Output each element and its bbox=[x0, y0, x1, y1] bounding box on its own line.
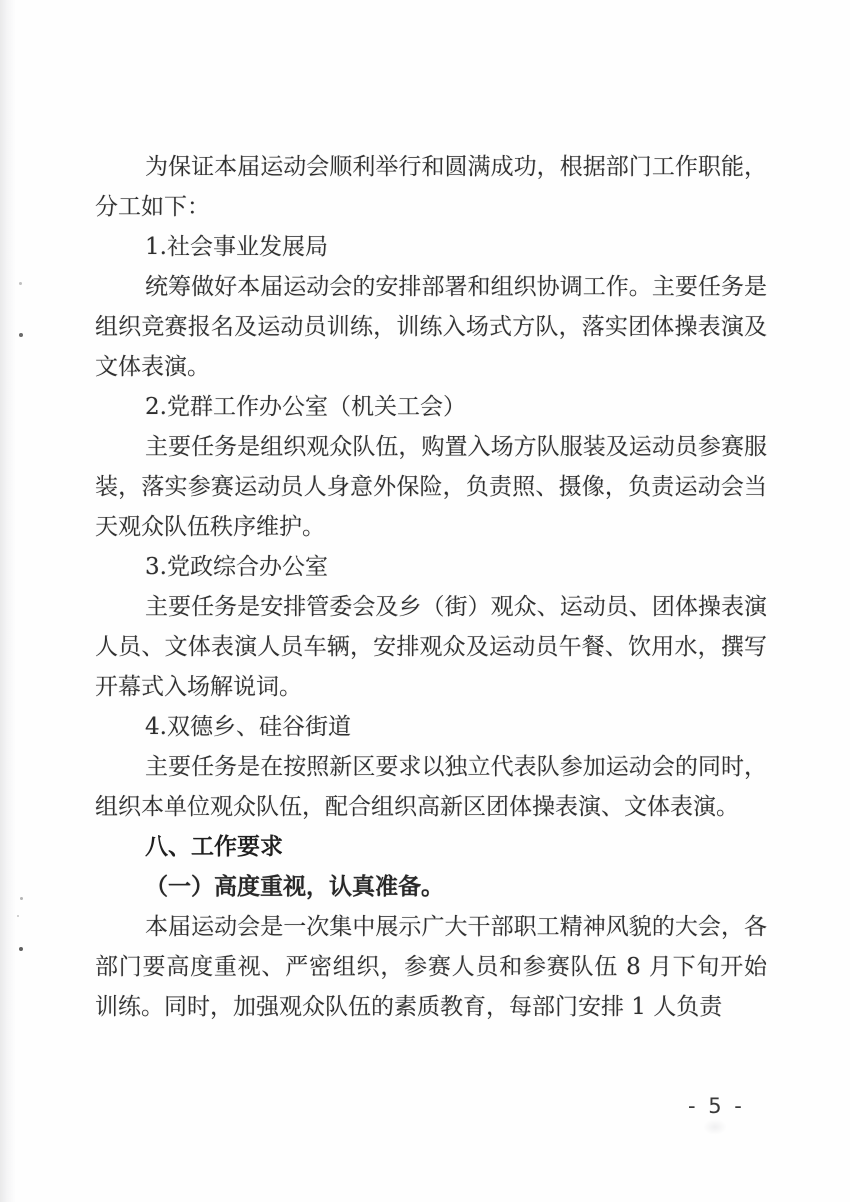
page-number: - 5 - bbox=[688, 1094, 745, 1118]
list-item-title-1: 1.社会事业发展局 bbox=[95, 227, 767, 267]
scan-smudge bbox=[703, 1119, 727, 1135]
scan-speck bbox=[19, 947, 23, 951]
scanned-document-page: 为保证本届运动会顺利举行和圆满成功，根据部门工作职能，分工如下： 1.社会事业发… bbox=[0, 0, 850, 1202]
section-heading-8: 八、工作要求 bbox=[95, 827, 767, 867]
list-item-title-4: 4.双德乡、硅谷街道 bbox=[95, 707, 767, 747]
scan-speck bbox=[19, 282, 22, 285]
paragraph-requirements: 本届运动会是一次集中展示广大干部职工精神风貌的大会，各部门要高度重视、严密组织，… bbox=[95, 907, 767, 1027]
paragraph-dept-2-tasks: 主要任务是组织观众队伍，购置入场方队服装及运动员参赛服装，落实参赛运动员人身意外… bbox=[95, 427, 767, 547]
list-item-title-2: 2.党群工作办公室（机关工会） bbox=[95, 387, 767, 427]
paragraph-dept-4-tasks: 主要任务是在按照新区要求以独立代表队参加运动会的同时，组织本单位观众队伍，配合组… bbox=[95, 747, 767, 827]
paragraph-dept-1-tasks: 统筹做好本届运动会的安排部署和组织协调工作。主要任务是组织竞赛报名及运动员训练，… bbox=[95, 267, 767, 387]
subsection-heading-1: （一）高度重视，认真准备。 bbox=[95, 867, 767, 907]
scan-speck bbox=[20, 897, 23, 900]
paragraph-dept-3-tasks: 主要任务是安排管委会及乡（街）观众、运动员、团体操表演人员、文体表演人员车辆，安… bbox=[95, 587, 767, 707]
scan-speck bbox=[19, 333, 23, 337]
paragraph-intro: 为保证本届运动会顺利举行和圆满成功，根据部门工作职能，分工如下： bbox=[95, 147, 767, 227]
scan-edge-shadow bbox=[0, 0, 16, 1202]
list-item-title-3: 3.党政综合办公室 bbox=[95, 547, 767, 587]
document-body: 为保证本届运动会顺利举行和圆满成功，根据部门工作职能，分工如下： 1.社会事业发… bbox=[95, 147, 767, 1027]
scan-speck bbox=[17, 915, 19, 917]
